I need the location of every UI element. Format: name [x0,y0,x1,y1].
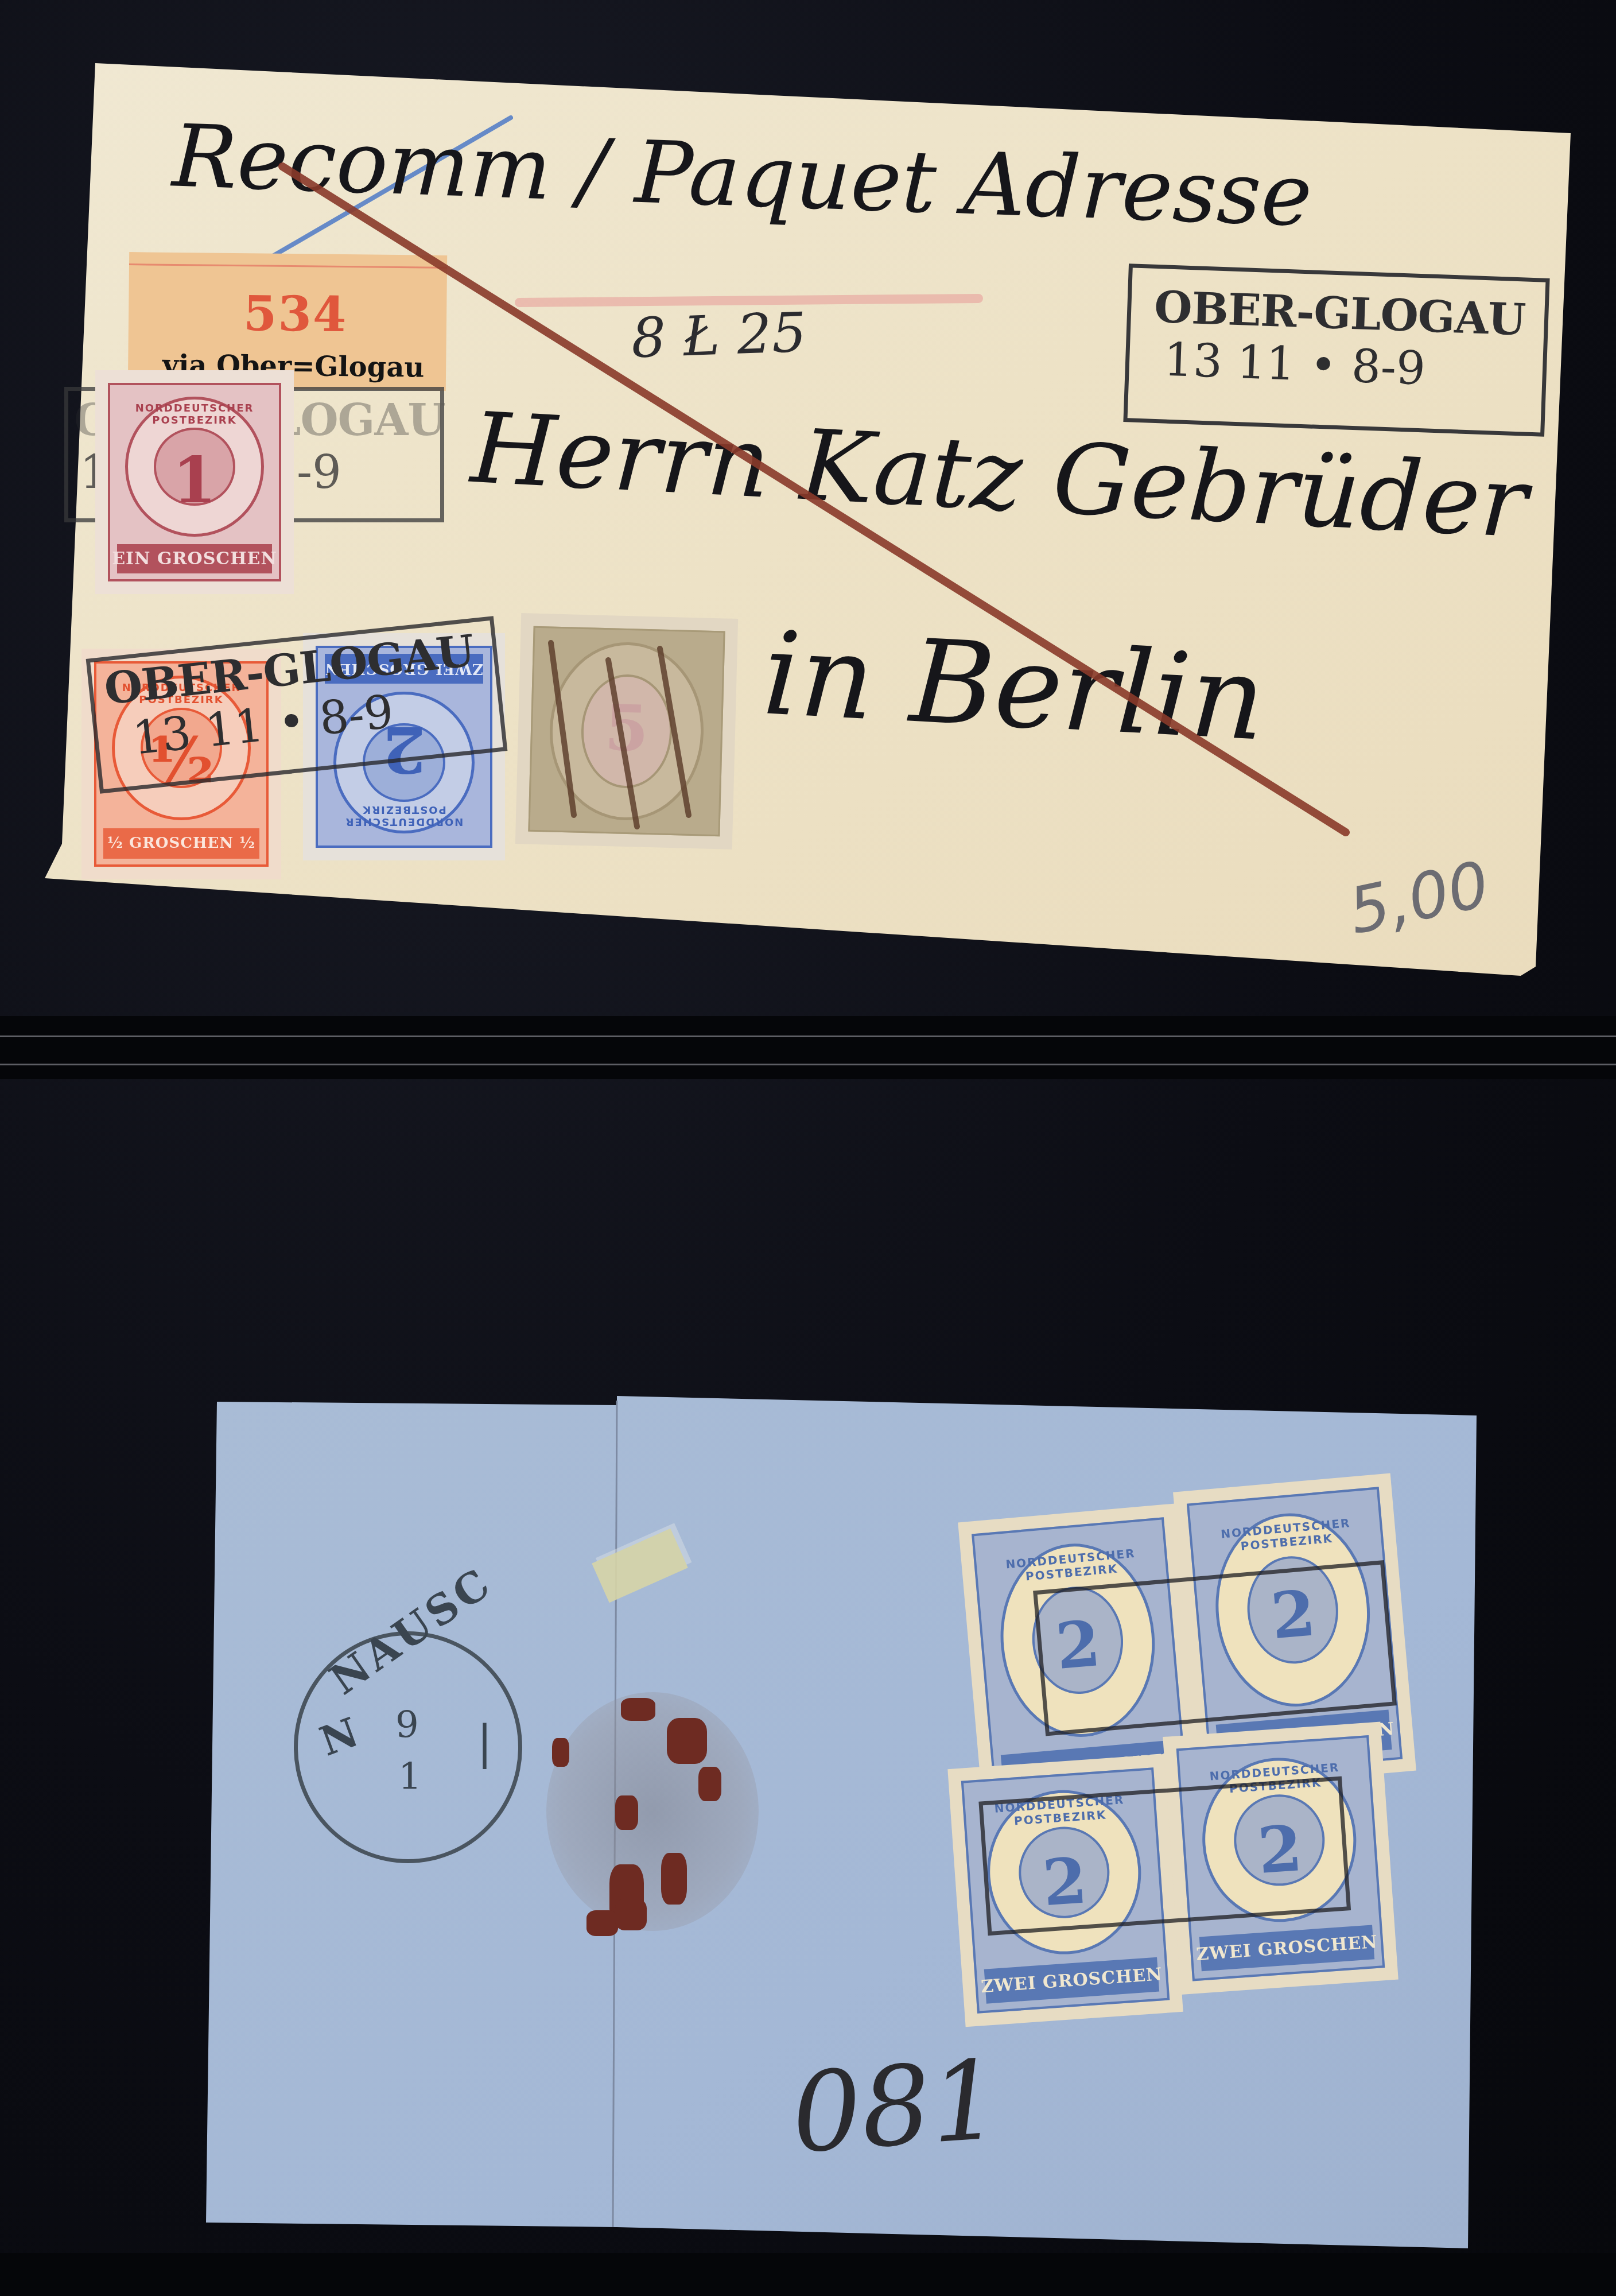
stamp-caption: ZWEI GROSCHEN [1199,1925,1374,1972]
stamp-pair-lower: NORDDEUTSCHER POSTBEZIRK 2 ZWEI GROSCHEN… [946,1721,1407,2027]
bottom-cover: NAUSC N 9 1 | NORDDEUTSCHER POSTBEZIRK 2… [0,0,1616,2296]
postmark-circular: NAUSC N 9 1 | [294,1631,522,1863]
manuscript-number: 081 [788,2037,1004,2178]
postmark-bar: | [477,1716,492,1769]
postmark-month: 1 [398,1756,422,1798]
postmark-day: 9 [395,1704,419,1747]
wax-seal-remnant [546,1692,759,1931]
postmark-prefix: N [314,1708,365,1766]
stamp-caption: ZWEI GROSCHEN [984,1957,1159,2004]
cancel-box-lower [978,1777,1351,1936]
cancel-box-upper [1033,1560,1397,1736]
